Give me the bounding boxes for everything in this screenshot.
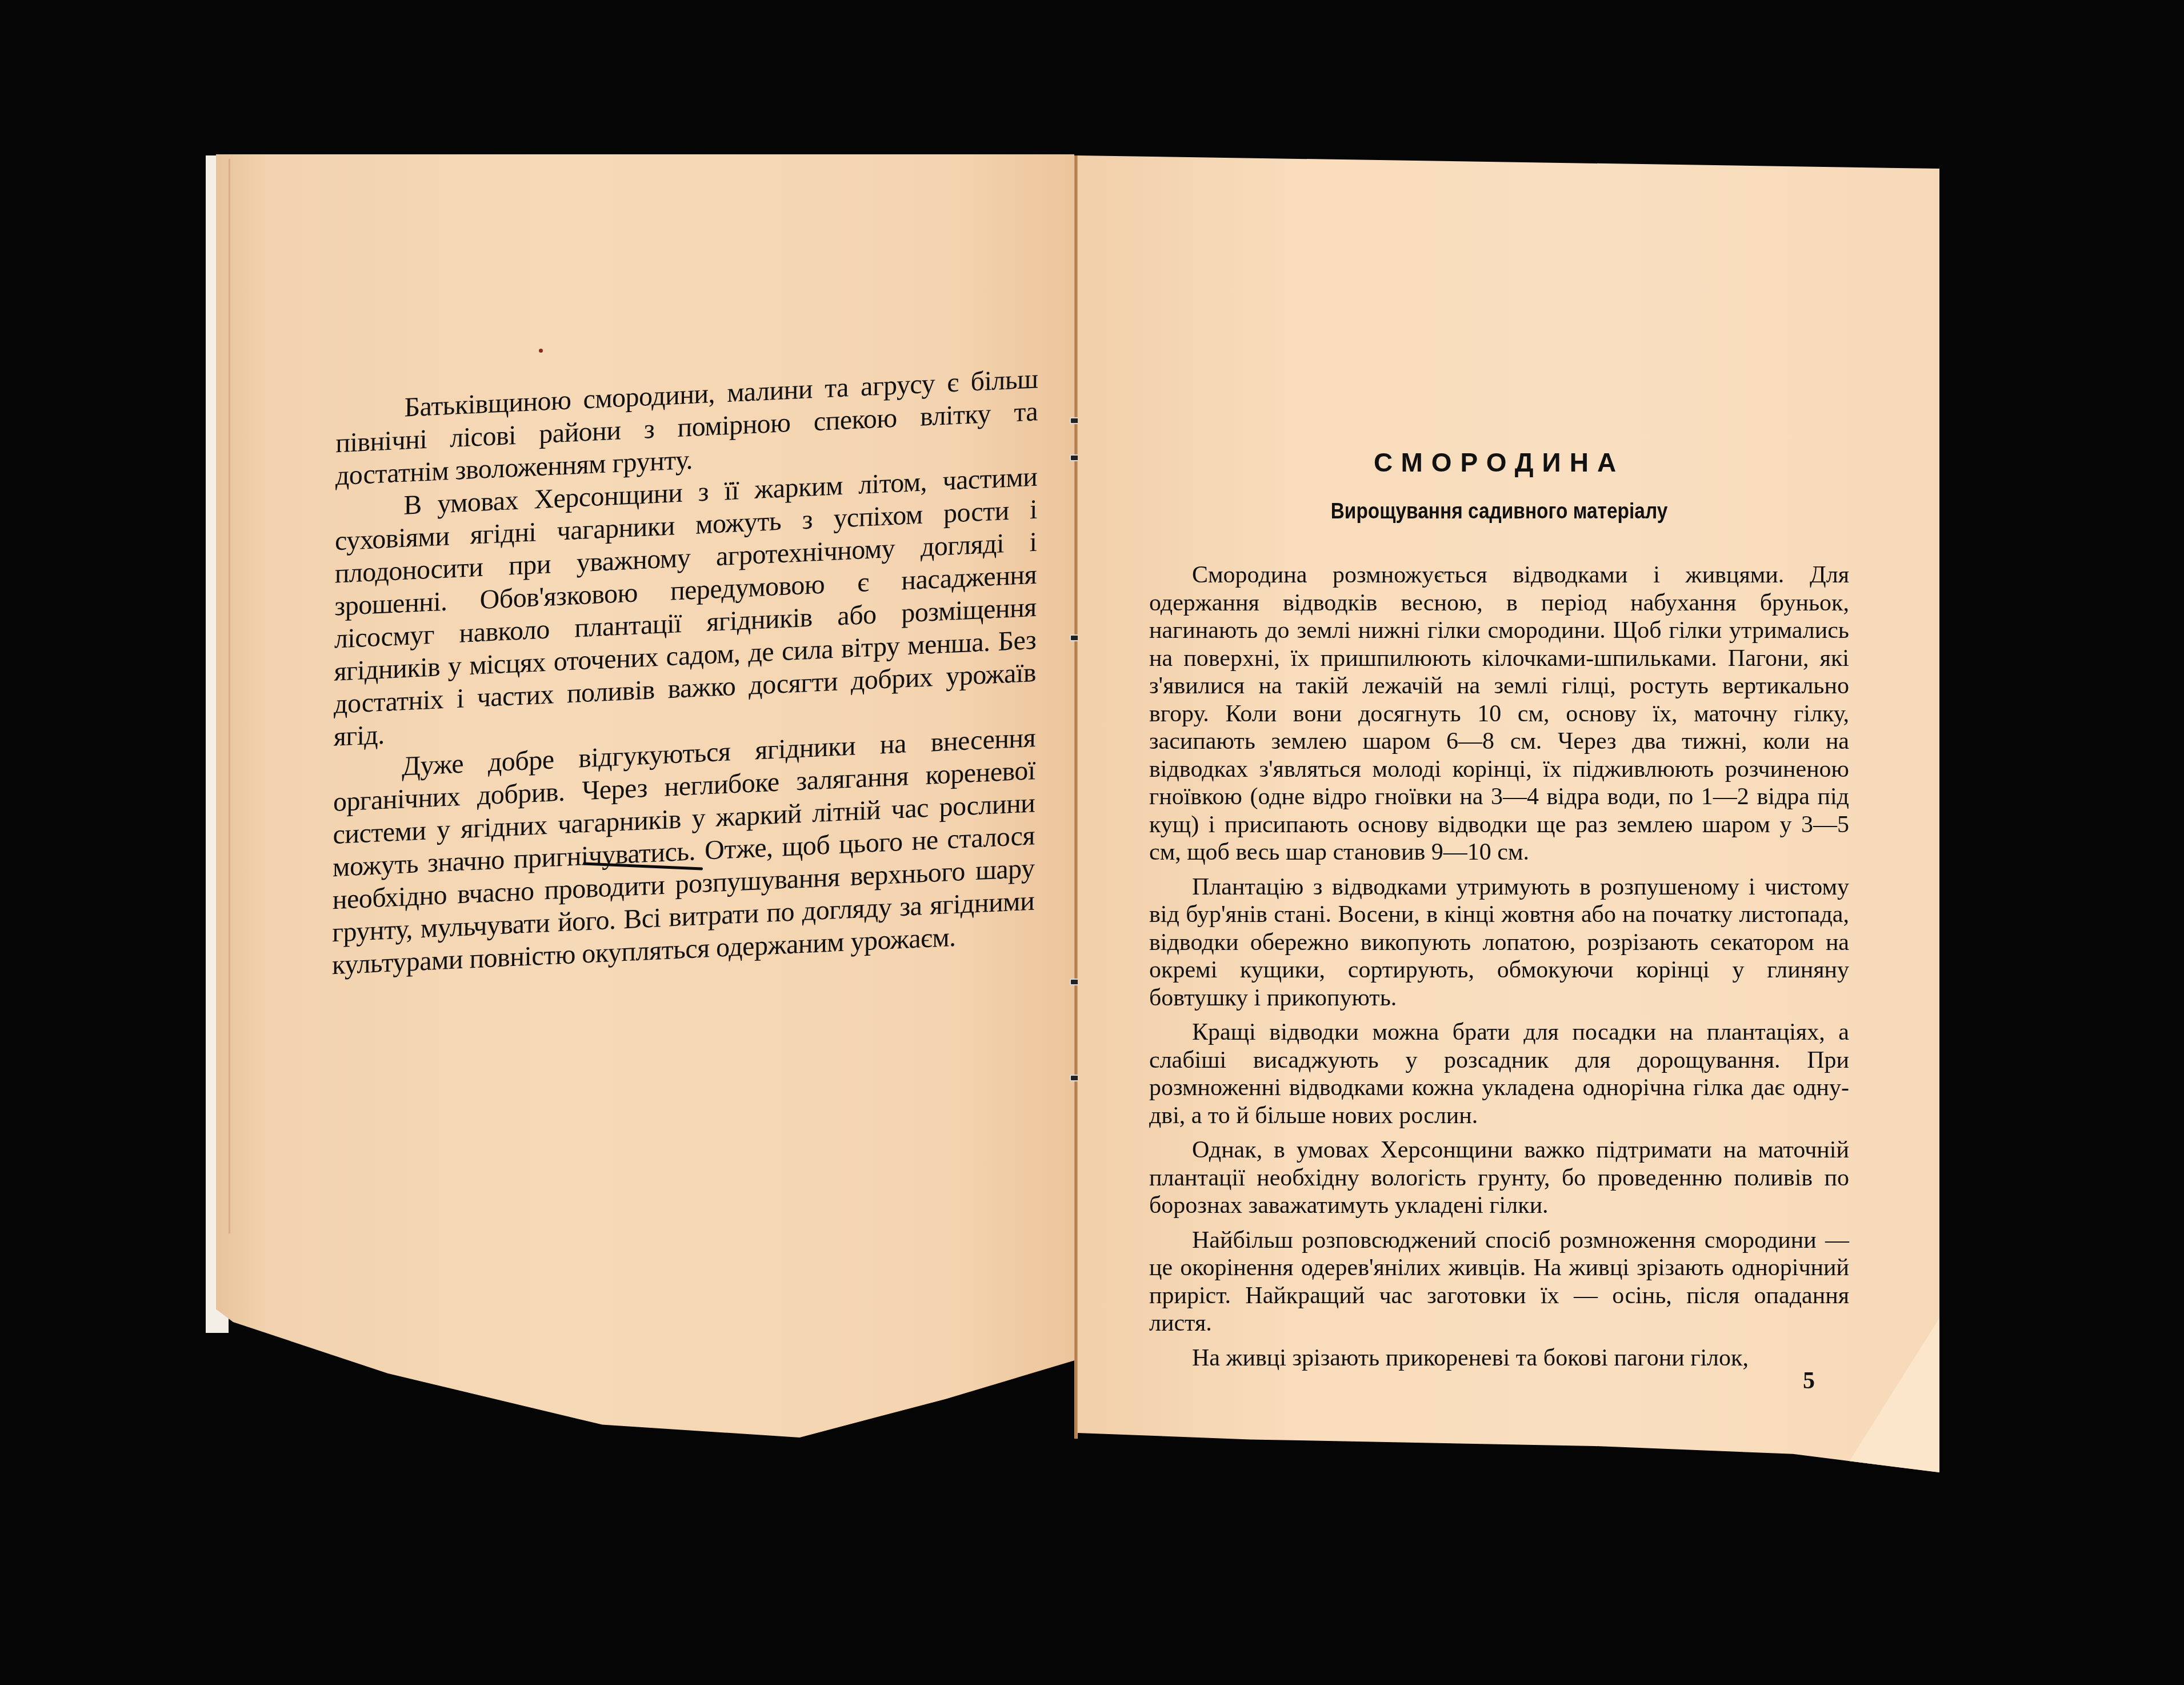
left-page: Батьківщиною смородини, малини та агрусу… bbox=[216, 154, 1074, 1438]
book-spine bbox=[1074, 155, 1078, 1439]
page-fold-line bbox=[229, 159, 230, 1233]
right-paragraph-4: Однак, в умовах Херсонщини важко підтрим… bbox=[1149, 1136, 1849, 1220]
right-paragraph-6: На живці зрізають прикореневі та бокові … bbox=[1149, 1344, 1849, 1372]
right-page-body: Смородина розмножується відводками і жив… bbox=[1149, 561, 1849, 1379]
right-paragraph-2: Плантацію з відводками утримують в розпу… bbox=[1149, 873, 1849, 1012]
folded-corner bbox=[1842, 1318, 1939, 1472]
right-page: СМОРОДИНА Вирощування садивного матеріал… bbox=[1078, 155, 1939, 1472]
chapter-title: СМОРОДИНА bbox=[1149, 447, 1849, 478]
ink-spot bbox=[539, 349, 543, 353]
left-paragraph-3: Дуже добре відгукуються ягідники на внес… bbox=[332, 721, 1036, 981]
book-spread: Батьківщиною смородини, малини та агрусу… bbox=[0, 0, 2184, 1685]
page-number: 5 bbox=[1803, 1367, 1815, 1395]
left-page-text: Батьківщиною смородини, малини та агрусу… bbox=[332, 362, 1038, 981]
left-paragraph-2: В умовах Херсонщини з її жарким літом, ч… bbox=[334, 460, 1038, 753]
section-title: Вирощування садивного матеріалу bbox=[1191, 500, 1807, 524]
right-paragraph-1: Смородина розмножується відводками і жив… bbox=[1149, 561, 1849, 867]
right-paragraph-5: Найбільш розповсюджений спосіб розмножен… bbox=[1149, 1227, 1849, 1337]
right-paragraph-3: Кращі відводки можна брати для посадки н… bbox=[1149, 1019, 1849, 1129]
